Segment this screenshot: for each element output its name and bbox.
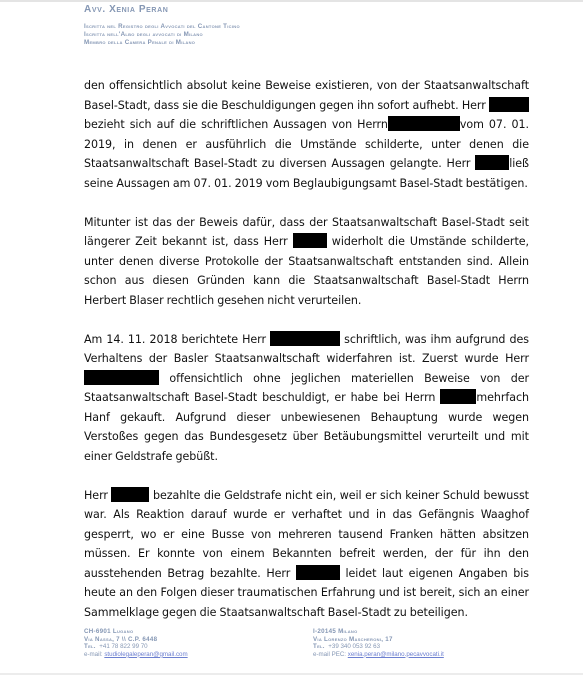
text-segment: Am 14. 11. 2018 berichtete Herr — [84, 333, 270, 346]
letter-body: den offensichtlich absolut keine Beweise… — [84, 76, 529, 642]
paragraph: Mitunter ist das der Beweis dafür, dass … — [84, 213, 529, 311]
phone-label: Tel. — [84, 643, 96, 650]
page-top-edge — [0, 0, 583, 2]
redacted-name — [111, 487, 149, 502]
redacted-name — [84, 370, 159, 385]
footer-milano-address: I-20145 Milano Via Lorenzo Mascheroni, 1… — [313, 628, 444, 658]
redacted-name — [293, 233, 327, 248]
text-segment: Herr — [84, 489, 111, 502]
phone-label: Tel. — [313, 643, 325, 650]
text-segment: den offensichtlich absolut keine Beweise… — [84, 79, 529, 112]
footer-street: Via Nassa, 7 \\ C.P. 6448 — [84, 636, 188, 644]
letterhead: Avv. Xenia Peran Iscritta nel Registro d… — [84, 4, 240, 47]
email-link[interactable]: studiolegaleperan@gmail.com — [104, 651, 187, 658]
footer-city: I-20145 Milano — [313, 628, 444, 636]
paragraph: den offensichtlich absolut keine Beweise… — [84, 76, 529, 193]
pec-email-link[interactable]: xenia.peran@milano.pecavvocati.it — [348, 651, 444, 658]
letterhead-line: Iscritta nel Registro degli Avvocati del… — [84, 23, 240, 31]
paragraph: Am 14. 11. 2018 berichtete Herr schriftl… — [84, 330, 529, 467]
footer-lugano-address: CH-6901 Lugano Via Nassa, 7 \\ C.P. 6448… — [84, 628, 188, 658]
footer-email: e-mail: studiolegaleperan@gmail.com — [84, 651, 188, 659]
letterhead-line: Iscritta nell'Albo degli avvocati di Mil… — [84, 31, 240, 39]
footer-email: e-mail PEC: xenia.peran@milano.pecavvoca… — [313, 651, 444, 659]
redacted-name — [440, 389, 476, 404]
footer-phone: Tel. +41 78 822 99 70 — [84, 643, 188, 651]
redacted-name — [489, 97, 529, 112]
phone-number: +39 340 053 92 63 — [328, 643, 380, 650]
redacted-name — [388, 116, 460, 131]
text-segment: bezieht sich auf die schriftlichen Aussa… — [84, 118, 388, 131]
footer-street: Via Lorenzo Mascheroni, 17 — [313, 636, 444, 644]
email-label: e-mail PEC: — [313, 651, 346, 658]
phone-number: +41 78 822 99 70 — [99, 643, 147, 650]
footer-city: CH-6901 Lugano — [84, 628, 188, 636]
redacted-name — [270, 331, 340, 346]
paragraph: Herr bezahlte die Geldstrafe nicht ein, … — [84, 486, 529, 623]
footer-phone: Tel. +39 340 053 92 63 — [313, 643, 444, 651]
email-label: e-mail: — [84, 651, 103, 658]
letterhead-line: Membro della Camera Penale di Milano — [84, 39, 240, 47]
lawyer-name: Avv. Xenia Peran — [84, 4, 240, 15]
redacted-name — [296, 565, 340, 580]
redacted-name — [475, 155, 509, 170]
